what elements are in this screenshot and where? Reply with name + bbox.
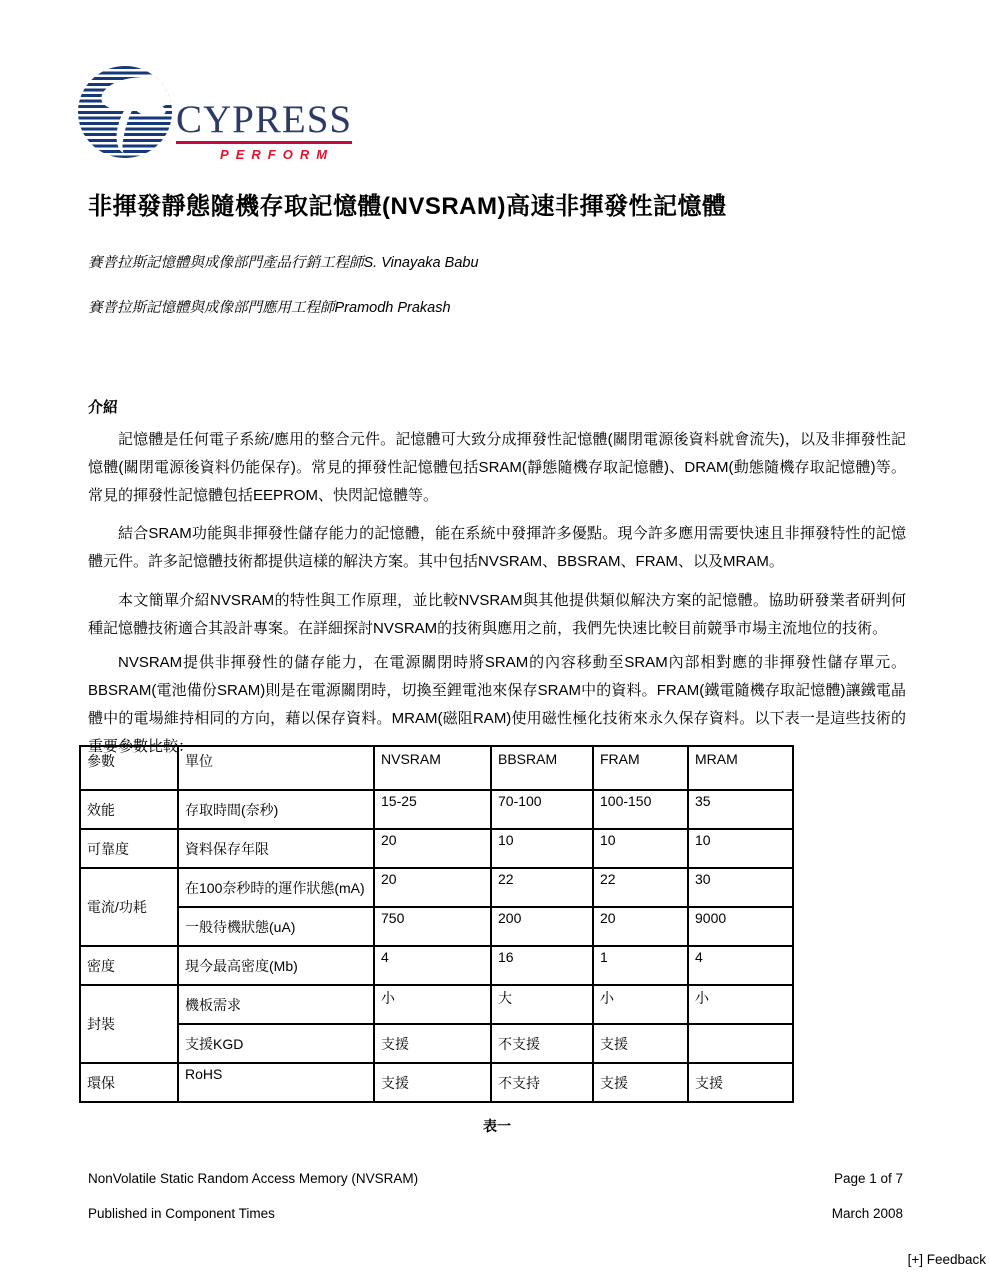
table-unit-cell: 現今最高密度(Mb)	[178, 946, 374, 985]
table-unit-cell: RoHS	[178, 1063, 374, 1102]
table-unit-cell: 資料保存年限	[178, 829, 374, 868]
table-value-cell: 22	[491, 868, 593, 907]
table-header-cell: BBSRAM	[491, 746, 593, 790]
table-unit-cell: 在100奈秒時的運作狀態(mA)	[178, 868, 374, 907]
table-value-cell: 9000	[688, 907, 793, 946]
intro-paragraph-3: 本文簡單介紹NVSRAM的特性與工作原理，並比較NVSRAM與其他提供類似解決方…	[88, 587, 906, 643]
logo-brand-text: CYPRESS	[176, 100, 352, 139]
cypress-logo: CYPRESS PERFORM	[78, 66, 352, 162]
table-value-cell: 10	[688, 829, 793, 868]
table-value-cell: 4	[374, 946, 491, 985]
table-value-cell: 支援	[374, 1063, 491, 1102]
footer-date: March 2008	[832, 1206, 903, 1221]
footer-published-in: Published in Component Times	[88, 1206, 275, 1221]
feedback-link[interactable]: [+] Feedback	[908, 1252, 986, 1267]
table-param-cell: 密度	[80, 946, 178, 985]
table-value-cell: 不支援	[491, 1024, 593, 1063]
table-row: 環保 RoHS 支援 不支持 支援 支援	[80, 1063, 793, 1102]
table-param-cell: 可靠度	[80, 829, 178, 868]
table-header-cell: 單位	[178, 746, 374, 790]
table-unit-cell: 支援KGD	[178, 1024, 374, 1063]
footer-page-number: Page 1 of 7	[834, 1171, 903, 1186]
table-value-cell: 1	[593, 946, 688, 985]
table-value-cell: 200	[491, 907, 593, 946]
table-unit-cell: 機板需求	[178, 985, 374, 1024]
logo-text-block: CYPRESS PERFORM	[176, 66, 352, 162]
table-value-cell: 支援	[593, 1024, 688, 1063]
footer-doc-title: NonVolatile Static Random Access Memory …	[88, 1171, 418, 1186]
memory-comparison-table: 參數 單位 NVSRAM BBSRAM FRAM MRAM 效能 存取時間(奈秒…	[79, 745, 794, 1103]
table-param-cell: 環保	[80, 1063, 178, 1102]
table-header-cell: NVSRAM	[374, 746, 491, 790]
table-value-cell: 15-25	[374, 790, 491, 829]
table-row: 封裝 機板需求 小 大 小 小	[80, 985, 793, 1024]
table-value-cell: 小	[688, 985, 793, 1024]
table-param-cell: 效能	[80, 790, 178, 829]
table-value-cell: 22	[593, 868, 688, 907]
table-header-cell: FRAM	[593, 746, 688, 790]
table-value-cell: 10	[593, 829, 688, 868]
table-value-cell: 不支持	[491, 1063, 593, 1102]
table-value-cell: 16	[491, 946, 593, 985]
logo-tagline-text: PERFORM	[176, 147, 352, 162]
table-row: 密度 現今最高密度(Mb) 4 16 1 4	[80, 946, 793, 985]
table-row: 效能 存取時間(奈秒) 15-25 70-100 100-150 35	[80, 790, 793, 829]
table-row: 可靠度 資料保存年限 20 10 10 10	[80, 829, 793, 868]
document-page: CYPRESS PERFORM 非揮發靜態隨機存取記憶體(NVSRAM)高速非揮…	[0, 0, 989, 1280]
table-header-cell: MRAM	[688, 746, 793, 790]
logo-red-rule	[176, 141, 352, 144]
table-value-cell: 小	[593, 985, 688, 1024]
table-value-cell	[688, 1024, 793, 1063]
table-value-cell: 30	[688, 868, 793, 907]
table-value-cell: 支援	[688, 1063, 793, 1102]
table-value-cell: 750	[374, 907, 491, 946]
footer-row-1: NonVolatile Static Random Access Memory …	[88, 1171, 903, 1186]
table-param-cell: 電流/功耗	[80, 868, 178, 946]
table-value-cell: 大	[491, 985, 593, 1024]
table-unit-cell: 一般待機狀態(uA)	[178, 907, 374, 946]
intro-paragraph-2: 結合SRAM功能與非揮發性儲存能力的記憶體，能在系統中發揮許多優點。現今許多應用…	[88, 520, 906, 576]
footer-row-2: Published in Component Times March 2008	[88, 1206, 903, 1221]
page-title: 非揮發靜態隨機存取記憶體(NVSRAM)高速非揮發性記憶體	[88, 186, 918, 221]
table-caption: 表一	[88, 1116, 906, 1136]
table-unit-cell: 存取時間(奈秒)	[178, 790, 374, 829]
table-value-cell: 20	[593, 907, 688, 946]
table-header-row: 參數 單位 NVSRAM BBSRAM FRAM MRAM	[80, 746, 793, 790]
table-row: 支援KGD 支援 不支援 支援	[80, 1024, 793, 1063]
table-header-cell: 參數	[80, 746, 178, 790]
intro-heading: 介紹	[88, 396, 118, 417]
table-row: 一般待機狀態(uA) 750 200 20 9000	[80, 907, 793, 946]
author-line-1: 賽普拉斯記憶體與成像部門產品行銷工程師S. Vinayaka Babu	[88, 251, 479, 272]
table-value-cell: 4	[688, 946, 793, 985]
cypress-globe-icon	[78, 66, 172, 158]
table-value-cell: 10	[491, 829, 593, 868]
table-param-cell: 封裝	[80, 985, 178, 1063]
table-value-cell: 支援	[593, 1063, 688, 1102]
author-line-2: 賽普拉斯記憶體與成像部門應用工程師Pramodh Prakash	[88, 296, 451, 317]
table-value-cell: 支援	[374, 1024, 491, 1063]
table-value-cell: 20	[374, 868, 491, 907]
table-row: 電流/功耗 在100奈秒時的運作狀態(mA) 20 22 22 30	[80, 868, 793, 907]
table-value-cell: 70-100	[491, 790, 593, 829]
table-value-cell: 100-150	[593, 790, 688, 829]
intro-paragraph-1: 記憶體是任何電子系統/應用的整合元件。記憶體可大致分成揮發性記憶體(關閉電源後資…	[88, 426, 906, 510]
table-value-cell: 20	[374, 829, 491, 868]
table-value-cell: 小	[374, 985, 491, 1024]
table-value-cell: 35	[688, 790, 793, 829]
